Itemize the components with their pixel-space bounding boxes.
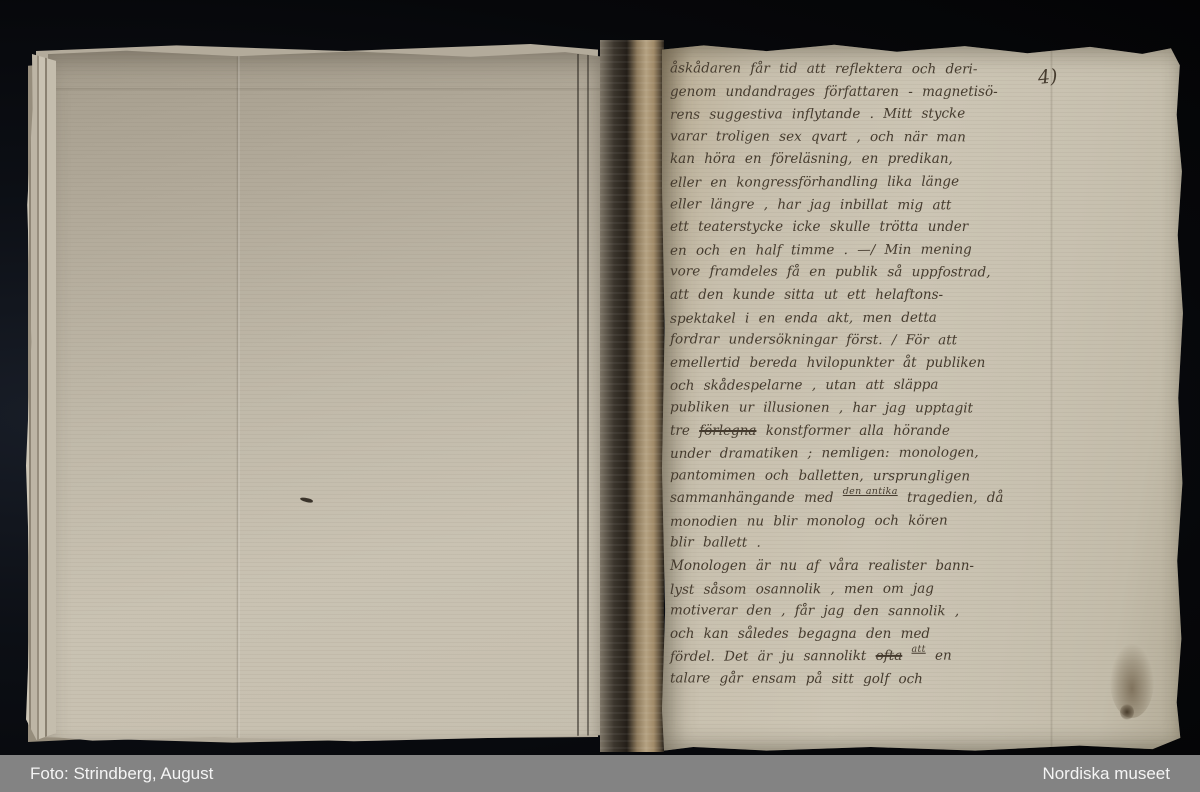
ink-speck <box>300 496 314 503</box>
manuscript-line: eller längre , har jag inbillat mig att <box>670 193 1062 217</box>
page-edge-shadow-lines <box>572 54 598 736</box>
left-page-stack <box>26 36 606 750</box>
manuscript-line: tre förlegna konstformer alla hörande <box>670 420 1062 443</box>
caption-bar: Foto: Strindberg, August Nordiska museet <box>0 755 1200 792</box>
museum-credit: Nordiska museet <box>1042 764 1170 784</box>
manuscript-line: spektakel i en enda akt, men detta <box>670 306 1062 330</box>
fold-crease-horizontal <box>48 88 604 91</box>
manuscript-line: kan höra en föreläsning, en predikan, <box>670 148 1062 171</box>
manuscript-line: åskådaren får tid att reflektera och der… <box>670 57 1062 81</box>
inserted-word: att <box>911 639 925 662</box>
manuscript-line: eller en kongressförhandling lika länge <box>670 170 1062 194</box>
photograph-of-manuscript: 4) åskådaren får tid att reflektera och … <box>0 0 1200 755</box>
manuscript-line: under dramatiken ; nemligen: monologen, <box>670 441 1062 465</box>
manuscript-line: Monologen är nu af våra realister bann- <box>670 555 1062 578</box>
manuscript-line: fördel. Det är ju sannolikt ofta att en <box>670 645 1062 669</box>
deckled-sheet-edges <box>26 54 56 740</box>
manuscript-line: fordrar undersökningar först. / För att <box>670 328 1062 352</box>
manuscript-line: och skådespelarne , utan att släppa <box>670 373 1062 397</box>
manuscript-line: emellertid bereda hvilopunkter åt publik… <box>670 352 1062 375</box>
manuscript-line: ett teaterstycke icke skulle trötta unde… <box>670 216 1062 239</box>
struck-out-word: ofta <box>876 648 903 664</box>
manuscript-line: blir ballett . <box>670 532 1062 556</box>
fold-crease-vertical <box>236 50 240 742</box>
right-page-manuscript: 4) åskådaren får tid att reflektera och … <box>662 44 1184 752</box>
manuscript-line: lyst såsom osannolik , men om jag <box>670 577 1062 601</box>
stain-dot <box>1120 704 1134 720</box>
manuscript-line: genom undandrages författaren - magnetis… <box>670 81 1062 104</box>
manuscript-line: talare går ensam på sitt golf och <box>670 667 1062 691</box>
inserted-word: den antika <box>843 481 898 504</box>
struck-out-word: förlegna <box>699 423 756 439</box>
manuscript-line: att den kunde sitta ut ett helaftons- <box>670 284 1062 307</box>
manuscript-line: rens suggestiva inflytande . Mitt stycke <box>670 102 1062 126</box>
manuscript-text: åskådaren får tid att reflektera och der… <box>670 58 1062 691</box>
book-gutter <box>600 40 664 752</box>
manuscript-line: sammanhängande med den antika tragedien,… <box>670 487 1062 510</box>
manuscript-line: vore framdeles få en publik så uppfostra… <box>670 261 1062 285</box>
manuscript-line: och kan således begagna den med <box>670 623 1062 646</box>
manuscript-line: monodien nu blir monolog och kören <box>670 509 1062 533</box>
photographer-credit: Foto: Strindberg, August <box>30 764 213 784</box>
left-page-blank <box>48 50 604 742</box>
manuscript-line: publiken ur illusionen , har jag upptagi… <box>670 396 1062 420</box>
manuscript-line: motiverar den , får jag den sannolik , <box>670 600 1062 624</box>
manuscript-line: en och en half timme . —/ Min mening <box>670 238 1062 262</box>
manuscript-line: varar troligen sex qvart , och när man <box>670 125 1062 149</box>
